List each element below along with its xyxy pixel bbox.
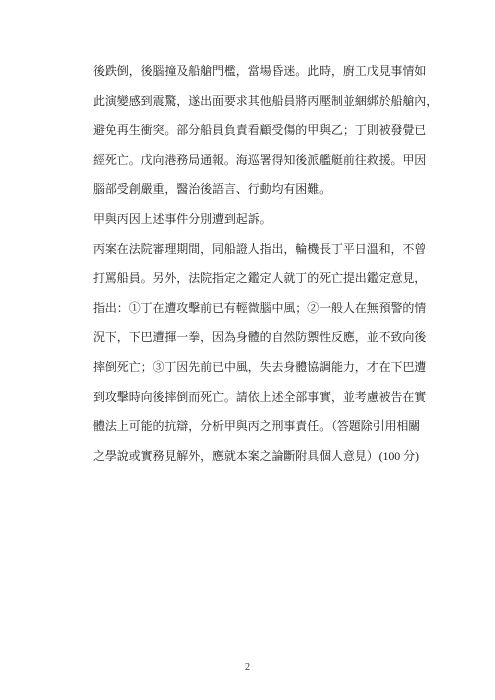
text-line: 指出：①丁在遭攻擊前已有輕微腦中風；②一般人在無預警的情 [93,294,427,324]
text-line: 經死亡。戊向港務局通報。海巡署得知後派艦艇前往救援。甲因 [93,146,427,176]
text-line: 況下，下巴遭揮一拳，因為身體的自然防禦性反應，並不致向後 [93,323,427,353]
text-line: 打罵船員。另外，法院指定之鑑定人就丁的死亡提出鑑定意見， [93,264,427,294]
text-line: 體法上可能的抗辯，分析甲與丙之刑事責任。（答題除引用相關 [93,412,427,442]
text-line: 避免再生衝突。部分船員負責看顧受傷的甲與乙；丁則被發覺已 [93,116,427,146]
text-line: 摔倒死亡；③丁因先前已中風，失去身體協調能力，才在下巴遭 [93,353,427,383]
document-text-block: 後跌倒，後腦撞及船艙門檻，當場昏迷。此時，廚工戊見事情如 此演變感到震驚，遂出面… [93,57,427,471]
page-number: 2 [0,660,495,676]
text-line: 後跌倒，後腦撞及船艙門檻，當場昏迷。此時，廚工戊見事情如 [93,57,427,87]
text-line: 之學說或實務見解外，應就本案之論斷附具個人意見）(100 分) [93,442,427,472]
text-line: 此演變感到震驚，遂出面要求其他船員將丙壓制並綑綁於船艙內， [93,87,427,117]
text-line: 腦部受創嚴重，醫治後語言、行動均有困難。 [93,175,427,205]
text-line: 到攻擊時向後摔倒而死亡。請依上述全部事實，並考慮被告在實 [93,383,427,413]
text-line: 甲與丙因上述事件分別遭到起訴。 [93,205,427,235]
text-line: 丙案在法院審理期間，同船證人指出，輪機長丁平日溫和，不曾 [93,235,427,265]
